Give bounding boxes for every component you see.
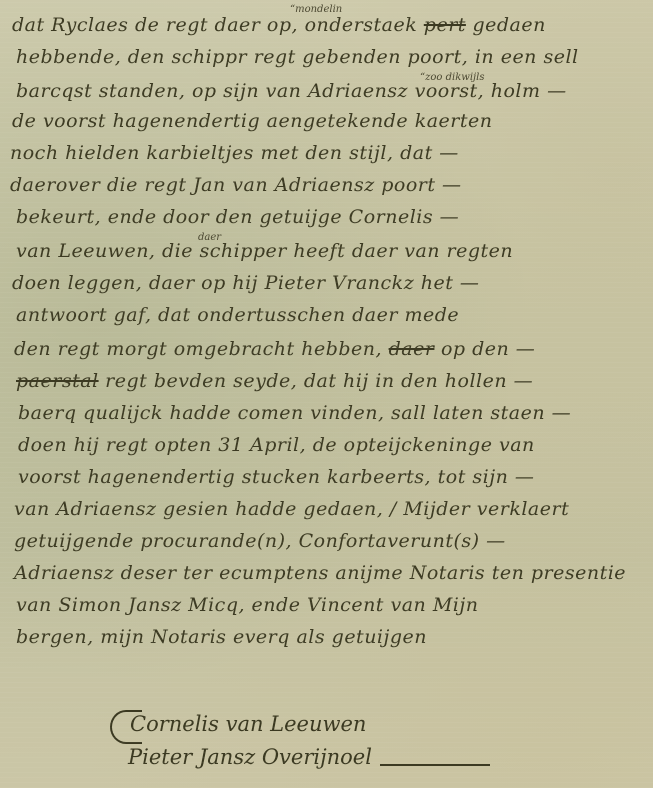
line-text: gedaen (472, 14, 545, 36)
signature-witness-1: Cornelis van Leeuwen (130, 712, 366, 736)
manuscript-line: bergen, mijn Notaris everq als getuijgen (16, 626, 427, 648)
manuscript-line: noch hielden karbieltjes met den stijl, … (10, 142, 459, 164)
manuscript-line: paerstal regt bevden seyde, dat hij in d… (16, 370, 533, 392)
manuscript-line: baerq qualijck hadde comen vinden, sall … (18, 402, 571, 424)
manuscript-line: barcqst standen, op sijn van Adriaensz v… (16, 80, 567, 102)
manuscript-line: antwoort gaf, dat ondertusschen daer med… (16, 304, 459, 326)
struck-word: daer (389, 338, 435, 360)
line-text: den regt morgt omgebracht hebben, (14, 338, 382, 360)
manuscript-line: dat Ryclaes de regt daer op, onderstaek … (12, 14, 546, 36)
manuscript-line: bekeurt, ende door den getuijge Cornelis… (16, 206, 459, 228)
manuscript-line: doen hij regt opten 31 April, de opteijc… (18, 434, 535, 456)
manuscript-line: daerover die regt Jan van Adriaensz poor… (10, 174, 462, 196)
struck-word: pert (424, 14, 466, 36)
manuscript-page: “mondelin “zoo dikwijls daer dat Ryclaes… (0, 0, 653, 788)
manuscript-line: den regt morgt omgebracht hebben, daer o… (14, 338, 535, 360)
struck-word: paerstal (16, 370, 99, 392)
manuscript-line: getuijgende procurande(n), Confortaverun… (14, 530, 506, 552)
line-text: regt bevden seyde, dat hij in den hollen… (105, 370, 533, 392)
manuscript-line: hebbende, den schippr regt gebenden poor… (16, 46, 579, 68)
line-text: dat Ryclaes de regt daer op, onderstaek (12, 14, 417, 36)
signature-underline (380, 764, 490, 766)
manuscript-line: voorst hagenendertig stucken karbeerts, … (18, 466, 534, 488)
line-text: op den — (441, 338, 535, 360)
manuscript-line: van Simon Jansz Micq, ende Vincent van M… (16, 594, 478, 616)
manuscript-line: de voorst hagenendertig aengetekende kae… (12, 110, 492, 132)
manuscript-line: doen leggen, daer op hij Pieter Vranckz … (12, 272, 479, 294)
manuscript-line: Adriaensz deser ter ecumptens anijme Not… (14, 562, 626, 584)
manuscript-line: van Leeuwen, die schipper heeft daer van… (16, 240, 513, 262)
manuscript-line: van Adriaensz gesien hadde gedaen, / Mij… (14, 498, 569, 520)
signature-witness-2: Pieter Jansz Overijnoel (128, 745, 372, 769)
